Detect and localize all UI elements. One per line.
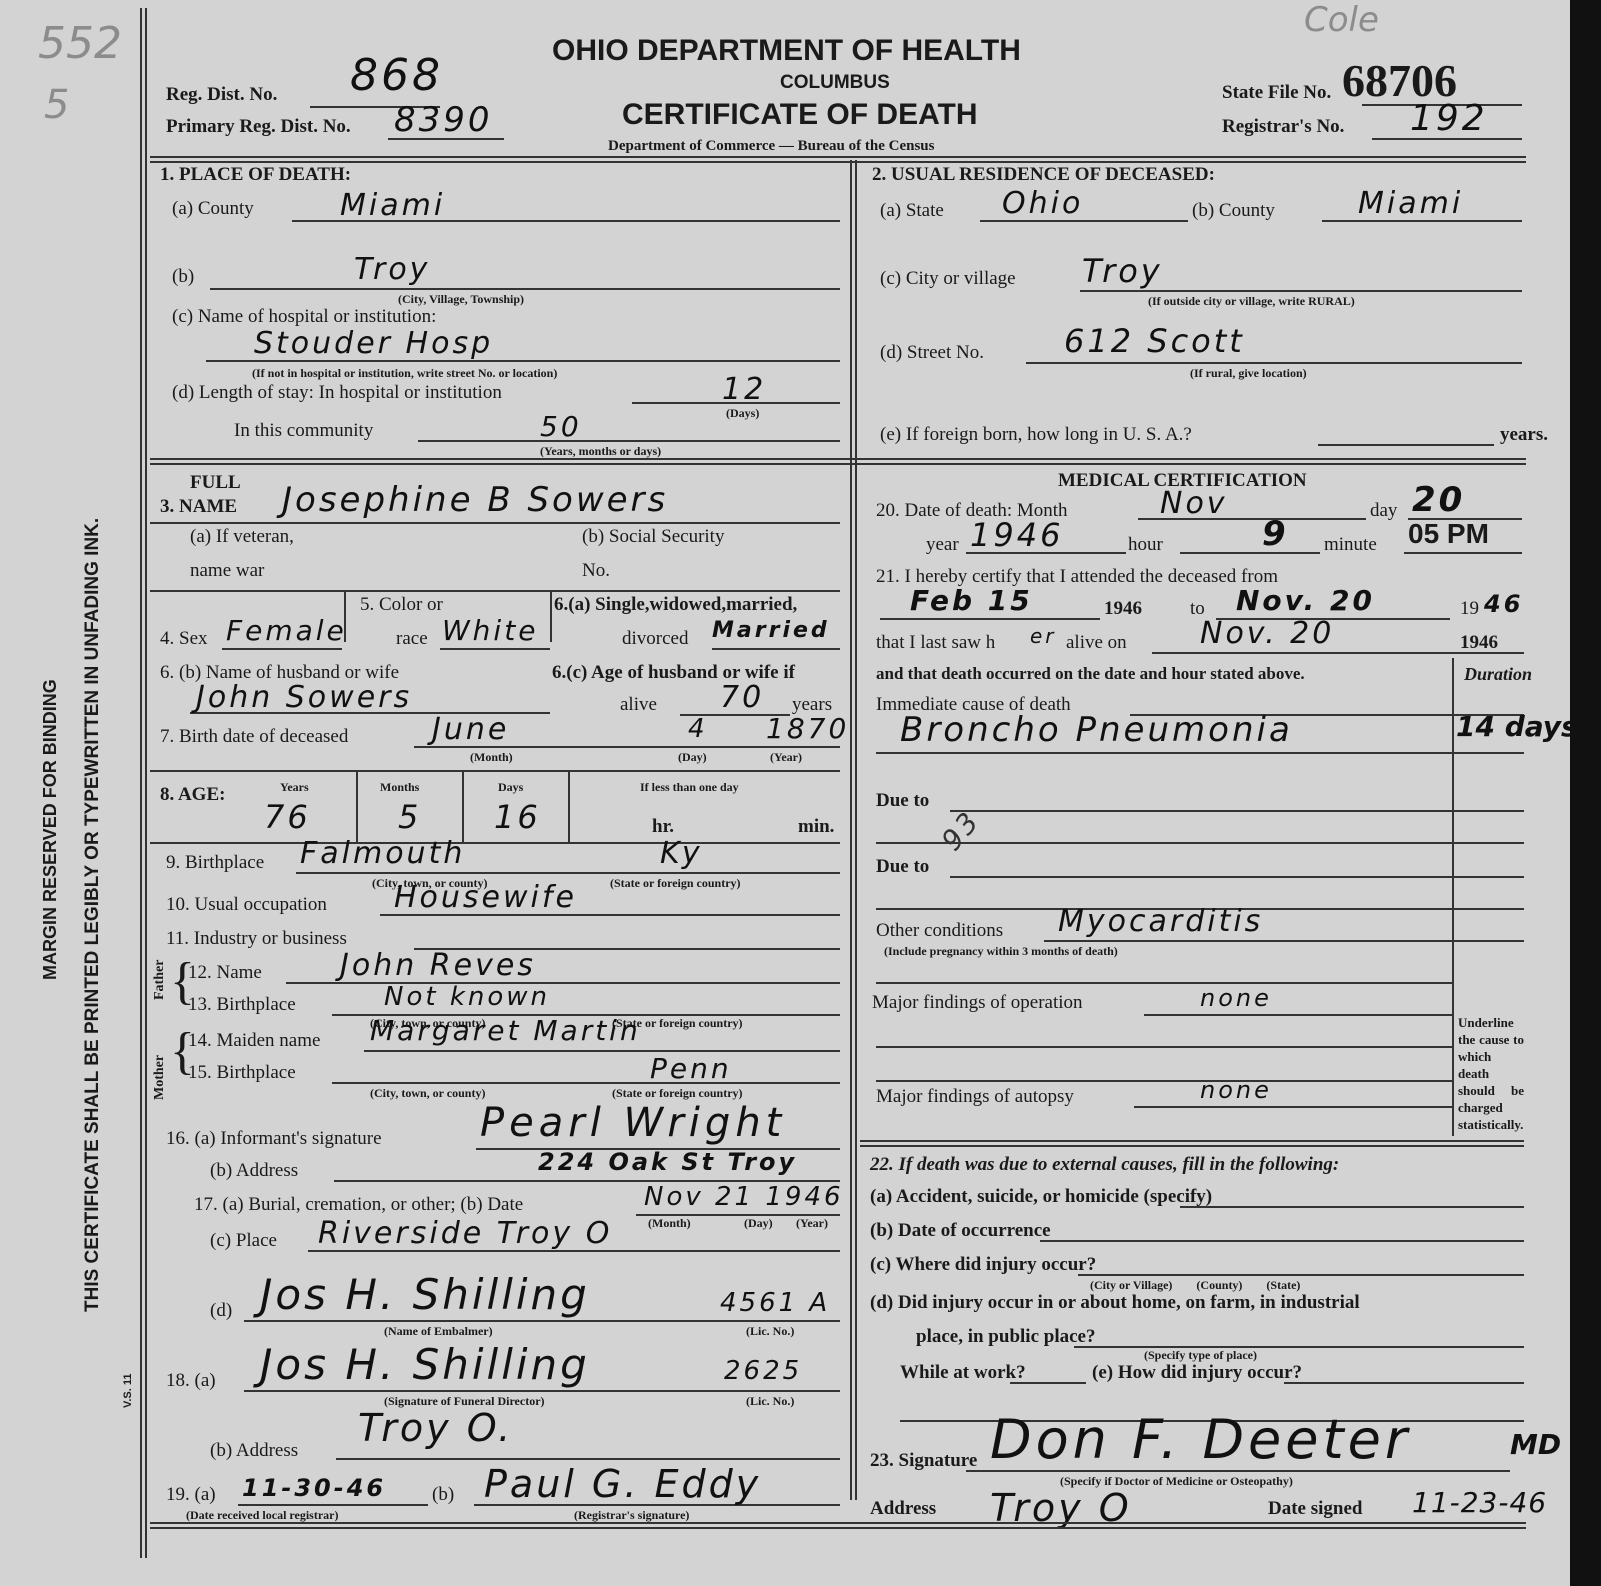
burial-place-value: Riverside Troy O bbox=[318, 1216, 612, 1251]
age-years-label: Years bbox=[280, 780, 309, 795]
res-foreign-suffix: years. bbox=[1500, 424, 1548, 446]
form-code: V.S. 11 bbox=[122, 1374, 134, 1408]
pod-city-hint: (City, Village, Township) bbox=[398, 292, 524, 307]
registrar-no-label: Registrar's No. bbox=[1222, 116, 1344, 138]
margin-rule bbox=[140, 8, 147, 1558]
director-label: 18. (a) bbox=[166, 1370, 216, 1392]
embalmer-hint: (Name of Embalmer) bbox=[384, 1324, 493, 1339]
burial-month-hint: (Month) bbox=[648, 1216, 691, 1231]
death-certificate: 552 5 MARGIN RESERVED FOR BINDING THIS C… bbox=[0, 0, 1570, 1586]
received-hint: (Date received local registrar) bbox=[186, 1508, 338, 1523]
death-minute-label: minute bbox=[1324, 534, 1377, 556]
autopsy-value: none bbox=[1200, 1076, 1272, 1104]
signature-value: Don F. Deeter bbox=[990, 1408, 1411, 1471]
res-street-label: (d) Street No. bbox=[880, 342, 984, 364]
from-date-field[interactable] bbox=[880, 618, 1100, 620]
due-to-field-2[interactable] bbox=[950, 876, 1524, 878]
marital-label: 6.(a) Single,widowed,married, bbox=[554, 594, 797, 616]
operation-value: none bbox=[1200, 984, 1272, 1012]
to-year-value: 46 bbox=[1484, 590, 1523, 618]
other-conditions-value: Myocarditis bbox=[1058, 904, 1263, 939]
occupation-value: Housewife bbox=[394, 880, 577, 915]
center-divider bbox=[850, 160, 857, 1500]
res-street-field[interactable] bbox=[1026, 362, 1522, 364]
birth-day-hint: (Day) bbox=[678, 750, 707, 765]
residence-heading: 2. USUAL RESIDENCE OF DECEASED: bbox=[872, 164, 1215, 186]
received-value: 11-30-46 bbox=[242, 1474, 386, 1502]
pencil-corner-note: Cole bbox=[1304, 0, 1379, 40]
registrar-sig-hint: (Registrar's signature) bbox=[574, 1508, 689, 1523]
external-c-hint: (City or Village) (County) (State) bbox=[1090, 1278, 1300, 1293]
color-label: 5. Color or bbox=[360, 594, 443, 616]
race-field[interactable] bbox=[440, 648, 550, 650]
other-conditions-hint: (Include pregnancy within 3 months of de… bbox=[884, 944, 1118, 959]
death-month-value: Nov bbox=[1160, 486, 1228, 521]
mother-birth-label: 15. Birthplace bbox=[188, 1062, 296, 1084]
burial-year-hint: (Year) bbox=[796, 1216, 828, 1231]
autopsy-field[interactable] bbox=[1134, 1106, 1452, 1108]
divorced-label: divorced bbox=[622, 628, 688, 650]
mother-maiden-field[interactable] bbox=[364, 1050, 840, 1052]
director-lic-value: 2625 bbox=[724, 1356, 802, 1386]
city-title: COLUMBUS bbox=[780, 72, 890, 94]
footer-rule bbox=[150, 1522, 1526, 1529]
external-top-rule bbox=[860, 1140, 1524, 1147]
lastsaw-date-field[interactable] bbox=[1152, 652, 1452, 654]
res-state-label: (a) State bbox=[880, 200, 944, 222]
pencil-number: 552 bbox=[38, 18, 122, 69]
certificate-title: CERTIFICATE OF DEATH bbox=[622, 98, 978, 132]
birth-date-label: 7. Birth date of deceased bbox=[160, 726, 348, 748]
res-foreign-label: (e) If foreign born, how long in U. S. A… bbox=[880, 424, 1192, 446]
birthplace-state-value: Ky bbox=[660, 836, 703, 871]
pod-community-field[interactable] bbox=[418, 440, 840, 442]
res-city-label: (c) City or village bbox=[880, 268, 1016, 290]
external-d-label: (d) Did injury occur in or about home, o… bbox=[870, 1292, 1360, 1314]
father-side-label: Father bbox=[152, 960, 168, 1000]
res-foreign-field[interactable] bbox=[1318, 444, 1494, 446]
mother-maiden-label: 14. Maiden name bbox=[188, 1030, 320, 1052]
pencil-mark: 5 bbox=[44, 82, 69, 128]
age-days-label: Days bbox=[498, 780, 523, 795]
informant-value: Pearl Wright bbox=[480, 1100, 786, 1146]
marital-field[interactable] bbox=[712, 648, 840, 650]
birthplace-field[interactable] bbox=[296, 872, 840, 874]
lastsaw-label: that I last saw h bbox=[876, 632, 995, 654]
age-top-rule bbox=[150, 770, 840, 772]
informant-label: 16. (a) Informant's signature bbox=[166, 1128, 382, 1150]
director-address-field[interactable] bbox=[336, 1458, 840, 1460]
res-city-value: Troy bbox=[1082, 252, 1163, 290]
registrar-sig-value: Paul G. Eddy bbox=[484, 1462, 761, 1506]
external-b-field[interactable] bbox=[1040, 1240, 1524, 1242]
mother-side-label: Mother bbox=[152, 1055, 168, 1100]
external-a-field[interactable] bbox=[1180, 1206, 1524, 1208]
veteran-label: (a) If veteran, bbox=[190, 526, 294, 548]
immediate-duration-value: 14 days bbox=[1456, 710, 1578, 743]
death-minute-value: 05 PM bbox=[1408, 518, 1489, 550]
reg-dist-value: 868 bbox=[350, 50, 443, 101]
age-div-1 bbox=[356, 770, 358, 842]
sig-address-label: Address bbox=[870, 1498, 936, 1520]
industry-label: 11. Industry or business bbox=[166, 928, 347, 950]
age-bottom-rule bbox=[150, 842, 840, 844]
ssn-label-2: No. bbox=[582, 560, 610, 582]
sex-label: 4. Sex bbox=[160, 628, 208, 650]
alive-on-label: alive on bbox=[1066, 632, 1127, 654]
spouse-age-value: 70 bbox=[720, 680, 764, 715]
operation-line-b bbox=[876, 1046, 1452, 1048]
to-date-value: Nov. 20 bbox=[1236, 584, 1375, 617]
occupation-label: 10. Usual occupation bbox=[166, 894, 327, 916]
mother-birth-field[interactable] bbox=[332, 1082, 840, 1084]
res-city-hint: (If outside city or village, write RURAL… bbox=[1148, 294, 1355, 309]
registrar-sig-label: (b) bbox=[432, 1484, 454, 1506]
burial-day-hint: (Day) bbox=[744, 1216, 773, 1231]
death-hour-label: hour bbox=[1128, 534, 1163, 556]
birth-month-value: June bbox=[432, 712, 509, 747]
external-e-label: (e) How did injury occur? bbox=[1092, 1362, 1302, 1384]
due-to-line-1b bbox=[876, 842, 1524, 844]
veteran-label-2: name war bbox=[190, 560, 264, 582]
age-hr-label: hr. bbox=[652, 816, 674, 838]
director-lic-hint: (Lic. No.) bbox=[746, 1394, 794, 1409]
lastsaw-date-value: Nov. 20 bbox=[1200, 616, 1334, 651]
burial-date-value: Nov 21 1946 bbox=[644, 1182, 844, 1212]
age-years-value: 76 bbox=[264, 798, 311, 836]
mother-maiden-value: Margaret Martin bbox=[370, 1014, 641, 1047]
other-conditions-label: Other conditions bbox=[876, 920, 1003, 942]
birthplace-city-value: Falmouth bbox=[300, 836, 465, 871]
embalmer-lic-hint: (Lic. No.) bbox=[746, 1324, 794, 1339]
age-label: 8. AGE: bbox=[160, 784, 225, 806]
due-to-label-1: Due to bbox=[876, 790, 929, 812]
director-address-value: Troy O. bbox=[358, 1406, 513, 1450]
pod-city-label: (b) bbox=[172, 266, 194, 288]
immediate-cause-value: Broncho Pneumonia bbox=[900, 710, 1293, 750]
pod-county-label: (a) County bbox=[172, 198, 254, 220]
res-county-value: Miami bbox=[1358, 186, 1463, 221]
spouse-value: John Sowers bbox=[196, 680, 412, 715]
name-value: Josephine B Sowers bbox=[282, 480, 668, 520]
lastsaw-year-value: 1946 bbox=[1460, 632, 1498, 654]
external-a-label: (a) Accident, suicide, or homicide (spec… bbox=[870, 1186, 1212, 1208]
external-c-field[interactable] bbox=[1078, 1274, 1524, 1276]
name-rule bbox=[150, 522, 840, 524]
burial-label: 17. (a) Burial, cremation, or other; (b)… bbox=[194, 1194, 523, 1216]
age-min-label: min. bbox=[798, 816, 834, 838]
section-rule-1 bbox=[150, 458, 1526, 465]
age-div-3 bbox=[568, 770, 570, 842]
ssn-label: (b) Social Security bbox=[582, 526, 724, 548]
name-label: 3. NAME bbox=[160, 496, 237, 518]
occurred-label: and that death occurred on the date and … bbox=[876, 664, 1305, 684]
due-to-field-1[interactable] bbox=[950, 810, 1524, 812]
age-div-2 bbox=[462, 770, 464, 842]
pod-stay-hint: (Days) bbox=[726, 406, 759, 421]
director-address-label: (b) Address bbox=[210, 1440, 298, 1462]
full-label: FULL bbox=[190, 472, 241, 494]
pod-community-value: 50 bbox=[540, 410, 582, 443]
immediate-cause-field[interactable] bbox=[876, 752, 1524, 754]
father-name-label: 12. Name bbox=[188, 962, 262, 984]
from-date-value: Feb 15 bbox=[910, 584, 1033, 617]
birth-day-value: 4 bbox=[688, 714, 708, 744]
external-d-hint: (Specify type of place) bbox=[1144, 1348, 1257, 1363]
signature-suffix: MD bbox=[1510, 1428, 1561, 1461]
external-d-label-2: place, in public place? bbox=[916, 1326, 1095, 1348]
received-field[interactable] bbox=[238, 1504, 428, 1506]
pod-hospital-value: Stouder Hosp bbox=[254, 326, 493, 361]
place-of-death-heading: 1. PLACE OF DEATH: bbox=[160, 164, 351, 186]
father-name-value: John Reves bbox=[340, 948, 536, 983]
due-to-label-2: Due to bbox=[876, 856, 929, 878]
birth-year-value: 1870 bbox=[766, 712, 849, 745]
birth-month-hint: (Month) bbox=[470, 750, 513, 765]
race-divider bbox=[550, 590, 552, 642]
alive-label: alive bbox=[620, 694, 657, 716]
external-c-label: (c) Where did injury occur? bbox=[870, 1254, 1096, 1276]
embalmer-lic-value: 4561 A bbox=[720, 1288, 830, 1318]
embalmer-value: Jos H. Shilling bbox=[260, 1270, 590, 1319]
age-days-value: 16 bbox=[494, 798, 541, 836]
registrar-no-value: 192 bbox=[1410, 98, 1488, 139]
informant-address-value: 224 Oak St Troy bbox=[538, 1148, 797, 1176]
director-field[interactable] bbox=[244, 1390, 840, 1392]
dept-title: OHIO DEPARTMENT OF HEALTH bbox=[552, 34, 1021, 68]
received-label: 19. (a) bbox=[166, 1484, 216, 1506]
age-lessday-label: If less than one day bbox=[640, 780, 739, 795]
age-months-label: Months bbox=[380, 780, 419, 795]
res-county-label: (b) County bbox=[1192, 200, 1275, 222]
pod-community-label: In this community bbox=[234, 420, 373, 442]
death-year-value: 1946 bbox=[970, 516, 1063, 554]
duration-label: Duration bbox=[1464, 664, 1532, 685]
from-year-value: 1946 bbox=[1104, 598, 1142, 620]
state-file-label: State File No. bbox=[1222, 82, 1331, 104]
mother-birth-state-hint: (State or foreign country) bbox=[612, 1086, 743, 1101]
operation-label: Major findings of operation bbox=[872, 992, 1083, 1014]
header-rule bbox=[150, 156, 1526, 163]
embalmer-field[interactable] bbox=[244, 1320, 840, 1322]
father-birth-label: 13. Birthplace bbox=[188, 994, 296, 1016]
pod-stay-label: (d) Length of stay: In hospital or insti… bbox=[172, 382, 502, 404]
pod-city-field[interactable] bbox=[210, 288, 840, 290]
race-label: race bbox=[396, 628, 428, 650]
marital-value: Married bbox=[712, 618, 830, 643]
pod-hospital-hint: (If not in hospital or institution, writ… bbox=[252, 366, 557, 381]
scan-edge bbox=[1570, 0, 1601, 1586]
race-value: White bbox=[442, 614, 538, 647]
death-minute-field[interactable] bbox=[1404, 552, 1522, 554]
underline-note: Underline the cause to which death shoul… bbox=[1458, 1014, 1524, 1133]
birthplace-state-hint: (State or foreign country) bbox=[610, 876, 741, 891]
res-city-field[interactable] bbox=[1080, 290, 1522, 292]
death-hour-field[interactable] bbox=[1180, 552, 1320, 554]
lastsaw-year-line bbox=[1452, 652, 1524, 654]
death-hour-value: 9 bbox=[1262, 514, 1289, 554]
death-day-value: 20 bbox=[1412, 480, 1465, 520]
primary-reg-label: Primary Reg. Dist. No. bbox=[166, 116, 351, 138]
death-day-label: day bbox=[1370, 500, 1397, 522]
other-conditions-field[interactable] bbox=[1044, 940, 1524, 942]
ink-note: THIS CERTIFICATE SHALL BE PRINTED LEGIBL… bbox=[82, 518, 104, 1312]
father-birth-value: Not known bbox=[384, 982, 550, 1012]
pod-county-value: Miami bbox=[340, 188, 445, 223]
primary-reg-value: 8390 bbox=[394, 100, 493, 140]
date-signed-label: Date signed bbox=[1268, 1498, 1362, 1520]
embalmer-label: (d) bbox=[210, 1300, 232, 1322]
veteran-rule bbox=[150, 590, 840, 592]
external-heading: 22. If death was due to external causes,… bbox=[870, 1154, 1339, 1176]
birthplace-label: 9. Birthplace bbox=[166, 852, 264, 874]
pod-stay-value: 12 bbox=[722, 372, 766, 407]
pod-community-hint: (Years, months or days) bbox=[540, 444, 661, 459]
burial-place-label: (c) Place bbox=[210, 1230, 277, 1252]
reg-dist-label: Reg. Dist. No. bbox=[166, 84, 277, 106]
autopsy-line-a bbox=[876, 1080, 1452, 1082]
informant-address-label: (b) Address bbox=[210, 1160, 298, 1182]
duration-column-divider bbox=[1452, 658, 1454, 1136]
work-label: While at work? bbox=[900, 1362, 1026, 1384]
external-e-field[interactable] bbox=[1284, 1382, 1524, 1384]
pod-city-value: Troy bbox=[354, 252, 430, 287]
date-signed-value: 11-23-46 bbox=[1412, 1486, 1547, 1519]
birth-year-hint: (Year) bbox=[770, 750, 802, 765]
sex-value: Female bbox=[226, 614, 347, 647]
res-street-hint: (If rural, give location) bbox=[1190, 366, 1307, 381]
autopsy-label: Major findings of autopsy bbox=[876, 1086, 1074, 1108]
director-value: Jos H. Shilling bbox=[260, 1340, 590, 1389]
to-year-prefix: 19 bbox=[1460, 598, 1479, 620]
external-b-label: (b) Date of occurrence bbox=[870, 1220, 1051, 1242]
sex-field[interactable] bbox=[222, 648, 342, 650]
certificate-subtitle: Department of Commerce — Bureau of the C… bbox=[608, 138, 934, 155]
res-street-value: 612 Scott bbox=[1064, 322, 1245, 360]
mother-birth-value: Penn bbox=[650, 1052, 732, 1085]
lastsaw-pronoun: er bbox=[1030, 624, 1057, 648]
signature-label: 23. Signature bbox=[870, 1450, 977, 1472]
operation-field[interactable] bbox=[1144, 1014, 1452, 1016]
work-field[interactable] bbox=[1010, 1382, 1086, 1384]
binding-note: MARGIN RESERVED FOR BINDING bbox=[40, 679, 61, 980]
external-d-field[interactable] bbox=[1074, 1346, 1524, 1348]
res-state-value: Ohio bbox=[1002, 186, 1083, 221]
mother-birth-city-hint: (City, town, or county) bbox=[370, 1086, 485, 1101]
age-months-value: 5 bbox=[398, 798, 421, 836]
death-year-label: year bbox=[926, 534, 959, 556]
other-line-b bbox=[876, 982, 1452, 984]
pod-hospital-label: (c) Name of hospital or institution: bbox=[172, 306, 436, 328]
